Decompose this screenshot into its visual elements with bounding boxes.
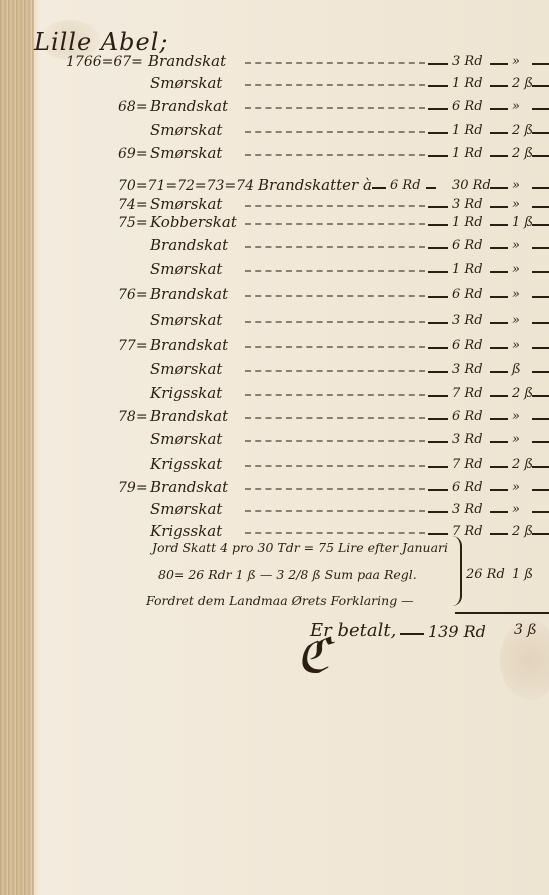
leader-dots bbox=[245, 270, 425, 272]
entry-item: Krigsskat bbox=[150, 455, 222, 473]
leader-dots bbox=[245, 417, 425, 419]
entry-amount: 7 Rd bbox=[452, 457, 483, 472]
entry-skilling: 1 ß bbox=[512, 215, 533, 230]
entry-year: 79= bbox=[118, 480, 148, 496]
entry-year: 77= bbox=[118, 338, 148, 354]
sum-rule bbox=[455, 612, 549, 614]
leader-dots bbox=[245, 532, 425, 534]
ledger-row: 79=Brandskat6 Rd» bbox=[0, 478, 549, 500]
entry-skilling: 2 ß bbox=[512, 146, 533, 161]
ledger-row: Smørskat3 Rdß bbox=[0, 360, 549, 382]
entry-item: Brandskat bbox=[150, 407, 228, 425]
leader-dots bbox=[245, 394, 425, 396]
entry-item: Brandskat bbox=[150, 336, 228, 354]
entry-skilling: » bbox=[512, 502, 520, 517]
entry-amount: 6 Rd bbox=[452, 480, 483, 495]
entry-amount: 3 Rd bbox=[452, 502, 483, 517]
ledger-row: Krigsskat7 Rd2 ß bbox=[0, 455, 549, 477]
entry-skilling: » bbox=[512, 178, 520, 193]
leader-dots bbox=[245, 346, 425, 348]
entry-year: 74= bbox=[118, 197, 148, 213]
entry-year: 68= bbox=[118, 99, 148, 115]
entry-amount: 6 Rd bbox=[452, 338, 483, 353]
leader-dots bbox=[245, 465, 425, 467]
entry-amount: 3 Rd bbox=[452, 54, 483, 69]
entry-item: Krigsskat bbox=[150, 384, 222, 402]
entry-skilling: 2 ß bbox=[512, 386, 533, 401]
entry-amount: 6 Rd bbox=[452, 409, 483, 424]
curly-brace bbox=[446, 536, 462, 606]
entry-amount: 6 Rd bbox=[452, 287, 483, 302]
entry-item: Smørskat bbox=[150, 260, 222, 278]
entry-skilling: » bbox=[512, 409, 520, 424]
entry-skilling: 2 ß bbox=[512, 76, 533, 91]
note-skilling: 1 ß bbox=[512, 567, 533, 582]
entry-amount: 3 Rd bbox=[452, 313, 483, 328]
ledger-row: 1766=67=Brandskat3 Rd» bbox=[0, 52, 549, 74]
entry-rate: 6 Rd bbox=[390, 178, 421, 193]
ledger-row: Smørskat1 Rd» bbox=[0, 260, 549, 282]
leader-dots bbox=[245, 131, 425, 133]
entry-skilling: » bbox=[512, 262, 520, 277]
ledger-row: 75=Kobberskat1 Rd1 ß bbox=[0, 213, 549, 235]
entry-skilling: » bbox=[512, 338, 520, 353]
entry-skilling: » bbox=[512, 313, 520, 328]
total-amount: 139 Rd bbox=[428, 622, 486, 641]
entry-skilling: » bbox=[512, 197, 520, 212]
entry-item: Krigsskat bbox=[150, 522, 222, 540]
entry-amount: 6 Rd bbox=[452, 99, 483, 114]
leader-dots bbox=[245, 205, 425, 207]
ledger-row: 77=Brandskat6 Rd» bbox=[0, 336, 549, 358]
entry-item: Smørskat bbox=[150, 195, 222, 213]
entry-year: 75= bbox=[118, 215, 148, 231]
entry-amount: 3 Rd bbox=[452, 362, 483, 377]
ledger-row: Smørskat3 Rd» bbox=[0, 430, 549, 452]
ledger-row: 78=Brandskat6 Rd» bbox=[0, 407, 549, 429]
ledger-row: Smørskat1 Rd2 ß bbox=[0, 74, 549, 96]
ledger-row: 76=Brandskat6 Rd» bbox=[0, 285, 549, 307]
entry-item: Smørskat bbox=[150, 74, 222, 92]
entry-item: Smørskat bbox=[150, 311, 222, 329]
entry-item: Smørskat bbox=[150, 430, 222, 448]
entry-item: Brandskat bbox=[150, 236, 228, 254]
leader-dots bbox=[245, 246, 425, 248]
leader-dots bbox=[245, 295, 425, 297]
entry-year: 70=71=72=73=74 bbox=[118, 178, 254, 194]
entry-year: 76= bbox=[118, 287, 148, 303]
entry-amount: 6 Rd bbox=[452, 238, 483, 253]
note-line-3: Fordret dem Landmaa Ørets Forklaring — bbox=[146, 593, 414, 608]
entry-skilling: » bbox=[512, 54, 520, 69]
ledger-row: 69=Smørskat1 Rd2 ß bbox=[0, 144, 549, 166]
entry-year: 78= bbox=[118, 409, 148, 425]
ledger-row: Smørskat3 Rd» bbox=[0, 500, 549, 522]
ledger-row: 68=Brandskat6 Rd» bbox=[0, 97, 549, 119]
entry-item: Smørskat bbox=[150, 121, 222, 139]
entry-skilling: » bbox=[512, 480, 520, 495]
entry-item: Brandskat bbox=[148, 52, 226, 70]
leader-dots bbox=[245, 488, 425, 490]
total-dash bbox=[400, 633, 424, 635]
leader-dots bbox=[245, 107, 425, 109]
ledger-row: Krigsskat7 Rd2 ß bbox=[0, 384, 549, 406]
entry-skilling: 2 ß bbox=[512, 524, 533, 539]
entry-amount: 7 Rd bbox=[452, 386, 483, 401]
ledger-row: Smørskat1 Rd2 ß bbox=[0, 121, 549, 143]
leader-dots bbox=[245, 510, 425, 512]
entry-skilling: 2 ß bbox=[512, 457, 533, 472]
entry-amount: 3 Rd bbox=[452, 197, 483, 212]
entry-amount: 1 Rd bbox=[452, 123, 483, 138]
entry-skilling: » bbox=[512, 287, 520, 302]
note-line-1: Jord Skatt 4 pro 30 Tdr = 75 Lire efter … bbox=[152, 540, 448, 555]
entry-amount: 1 Rd bbox=[452, 215, 483, 230]
note-line-2: 80= 26 Rdr 1 ß — 3 2/8 ß Sum paa Regl. bbox=[158, 567, 417, 582]
leader-dots bbox=[245, 62, 425, 64]
leader-dots bbox=[245, 84, 425, 86]
entry-amount: 1 Rd bbox=[452, 76, 483, 91]
flourish-c: ℭ bbox=[296, 632, 330, 680]
entry-skilling: ß bbox=[512, 362, 521, 377]
entry-skilling: » bbox=[512, 238, 520, 253]
entry-item: Brandskat bbox=[150, 478, 228, 496]
entry-year: 1766=67= bbox=[66, 54, 143, 70]
entry-skilling: 2 ß bbox=[512, 123, 533, 138]
entry-year: 69= bbox=[118, 146, 148, 162]
entry-amount: 30 Rd bbox=[452, 178, 491, 193]
entry-amount: 1 Rd bbox=[452, 262, 483, 277]
entry-item: Smørskat bbox=[150, 360, 222, 378]
entry-item: Smørskat bbox=[150, 144, 222, 162]
entry-skilling: » bbox=[512, 432, 520, 447]
leader-dots bbox=[245, 370, 425, 372]
entry-item: Brandskat bbox=[150, 285, 228, 303]
leader-dots bbox=[245, 223, 425, 225]
entry-item: Brandskatter à bbox=[258, 176, 372, 194]
entry-item: Kobberskat bbox=[150, 213, 237, 231]
entry-item: Smørskat bbox=[150, 500, 222, 518]
note-amount: 26 Rd bbox=[466, 567, 505, 582]
entry-amount: 1 Rd bbox=[452, 146, 483, 161]
entry-item: Brandskat bbox=[150, 97, 228, 115]
leader-dots bbox=[245, 321, 425, 323]
leader-dots bbox=[245, 440, 425, 442]
entry-amount: 3 Rd bbox=[452, 432, 483, 447]
manuscript-page: Lille Abel; 1766=67=Brandskat3 Rd»Smørsk… bbox=[0, 0, 549, 895]
entry-skilling: » bbox=[512, 99, 520, 114]
ledger-row: Smørskat3 Rd» bbox=[0, 311, 549, 333]
leader-dots bbox=[245, 154, 425, 156]
ledger-row: Brandskat6 Rd» bbox=[0, 236, 549, 258]
total-skilling: 3 ß bbox=[514, 622, 537, 638]
